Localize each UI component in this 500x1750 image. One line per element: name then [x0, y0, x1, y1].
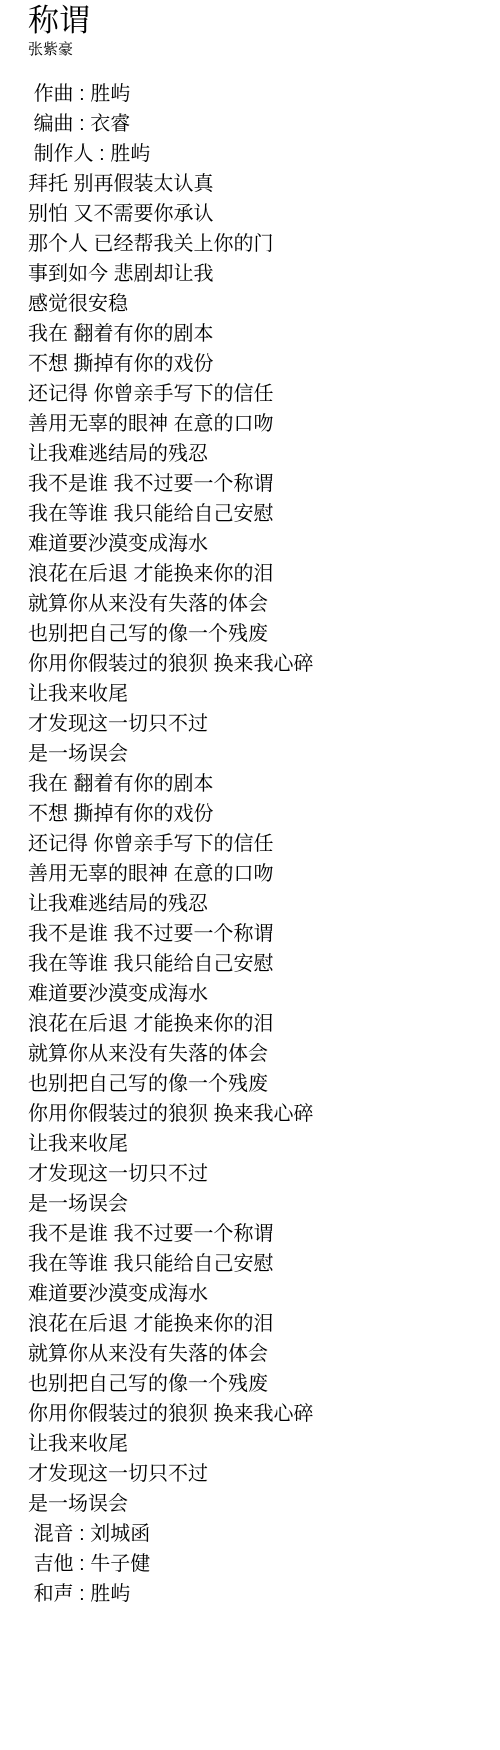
- lyric-line: 是一场误会: [28, 1189, 490, 1219]
- lyric-line: 你用你假装过的狼狈 换来我心碎: [28, 649, 490, 679]
- credit-line: 作曲 : 胜屿: [28, 79, 490, 109]
- lyric-line: 让我难逃结局的残忍: [28, 889, 490, 919]
- lyric-line: 不想 撕掉有你的戏份: [28, 349, 490, 379]
- credit-line: 混音 : 刘城函: [28, 1519, 490, 1549]
- lyric-line: 难道要沙漠变成海水: [28, 979, 490, 1009]
- artist-name: 张紫豪: [28, 39, 490, 61]
- lyric-line: 拜托 别再假装太认真: [28, 169, 490, 199]
- lyric-line: 难道要沙漠变成海水: [28, 1279, 490, 1309]
- credit-line: 编曲 : 衣睿: [28, 109, 490, 139]
- lyric-line: 也别把自己写的像一个残废: [28, 1369, 490, 1399]
- credit-line: 制作人 : 胜屿: [28, 139, 490, 169]
- lyric-line: 我不是谁 我不过要一个称谓: [28, 469, 490, 499]
- lyric-line: 善用无辜的眼神 在意的口吻: [28, 859, 490, 889]
- lyric-line: 我在等谁 我只能给自己安慰: [28, 1249, 490, 1279]
- lyric-line: 难道要沙漠变成海水: [28, 529, 490, 559]
- lyric-line: 你用你假装过的狼狈 换来我心碎: [28, 1399, 490, 1429]
- lyric-line: 我在等谁 我只能给自己安慰: [28, 949, 490, 979]
- lyric-line: 感觉很安稳: [28, 289, 490, 319]
- lyric-line: 你用你假装过的狼狈 换来我心碎: [28, 1099, 490, 1129]
- lyric-line: 才发现这一切只不过: [28, 1459, 490, 1489]
- lyric-line: 善用无辜的眼神 在意的口吻: [28, 409, 490, 439]
- credit-line: 和声 : 胜屿: [28, 1579, 490, 1609]
- lyric-line: 不想 撕掉有你的戏份: [28, 799, 490, 829]
- song-title: 称谓: [28, 2, 490, 39]
- lyric-line: 就算你从来没有失落的体会: [28, 1339, 490, 1369]
- lyric-line: 也别把自己写的像一个残废: [28, 1069, 490, 1099]
- lyric-line: 事到如今 悲剧却让我: [28, 259, 490, 289]
- lyric-line: 也别把自己写的像一个残废: [28, 619, 490, 649]
- lyric-line: 才发现这一切只不过: [28, 709, 490, 739]
- lyric-line: 才发现这一切只不过: [28, 1159, 490, 1189]
- lyric-line: 让我来收尾: [28, 679, 490, 709]
- lyric-line: 别怕 又不需要你承认: [28, 199, 490, 229]
- lyric-line: 我不是谁 我不过要一个称谓: [28, 919, 490, 949]
- lyric-line: 是一场误会: [28, 1489, 490, 1519]
- lyric-line: 那个人 已经帮我关上你的门: [28, 229, 490, 259]
- lyrics-page: 称谓 张紫豪 作曲 : 胜屿 编曲 : 衣睿 制作人 : 胜屿拜托 别再假装太认…: [0, 0, 500, 1750]
- lyric-line: 就算你从来没有失落的体会: [28, 589, 490, 619]
- song-text-block: 作曲 : 胜屿 编曲 : 衣睿 制作人 : 胜屿拜托 别再假装太认真别怕 又不需…: [28, 79, 490, 1609]
- lyric-line: 还记得 你曾亲手写下的信任: [28, 829, 490, 859]
- lyric-line: 我不是谁 我不过要一个称谓: [28, 1219, 490, 1249]
- credit-line: 吉他 : 牛子健: [28, 1549, 490, 1579]
- lyric-line: 浪花在后退 才能换来你的泪: [28, 1309, 490, 1339]
- lyric-line: 还记得 你曾亲手写下的信任: [28, 379, 490, 409]
- lyric-line: 浪花在后退 才能换来你的泪: [28, 1009, 490, 1039]
- lyric-line: 我在等谁 我只能给自己安慰: [28, 499, 490, 529]
- lyric-line: 让我难逃结局的残忍: [28, 439, 490, 469]
- lyric-line: 让我来收尾: [28, 1429, 490, 1459]
- lyric-line: 就算你从来没有失落的体会: [28, 1039, 490, 1069]
- lyric-line: 我在 翻着有你的剧本: [28, 319, 490, 349]
- lyric-line: 浪花在后退 才能换来你的泪: [28, 559, 490, 589]
- lyric-line: 是一场误会: [28, 739, 490, 769]
- lyric-line: 让我来收尾: [28, 1129, 490, 1159]
- lyric-line: 我在 翻着有你的剧本: [28, 769, 490, 799]
